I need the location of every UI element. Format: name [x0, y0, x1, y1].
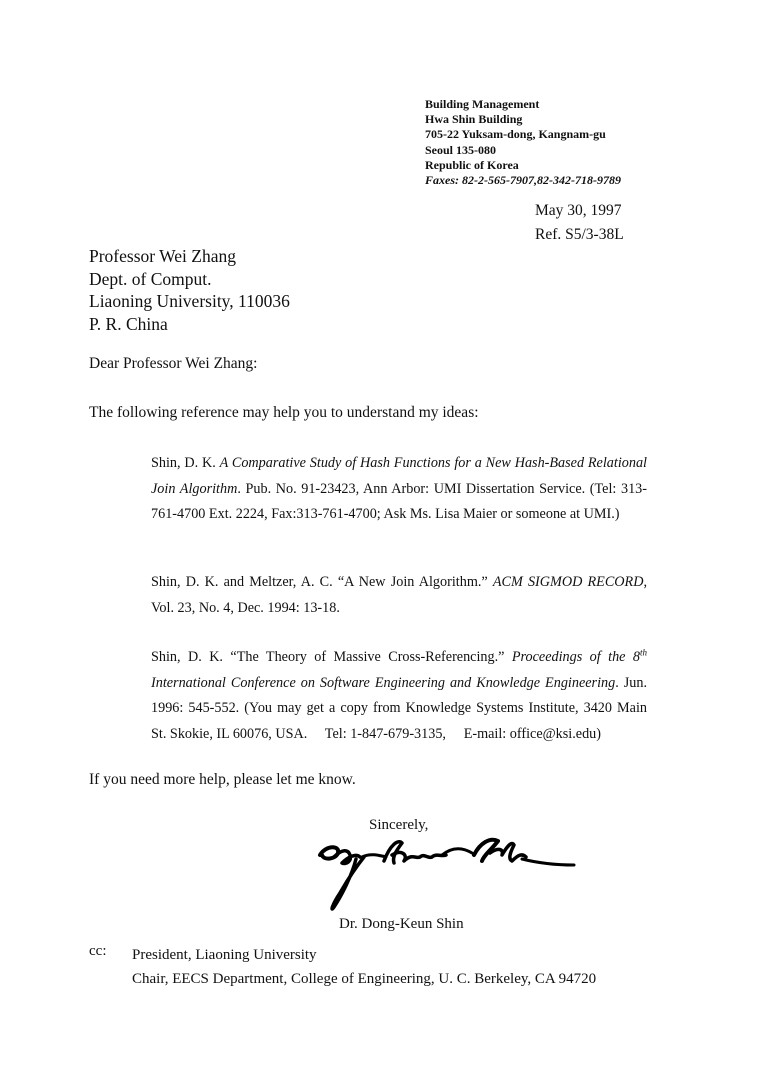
letterhead-building: Hwa Shin Building [425, 112, 621, 127]
ordinal-suffix: th [640, 647, 647, 657]
letterhead-country: Republic of Korea [425, 158, 621, 173]
salutation: Dear Professor Wei Zhang: [89, 355, 258, 373]
reference-entry-1: Shin, D. K. A Comparative Study of Hash … [151, 451, 647, 528]
reference-venue: ACM SIGMOD RECORD [493, 574, 644, 590]
signature-icon [312, 835, 582, 915]
reference-authors: Shin, D. K. [151, 455, 220, 471]
intro-paragraph: The following reference may help you to … [89, 404, 479, 422]
cc-list: President, Liaoning University Chair, EE… [132, 943, 596, 991]
reference-venue-part: Proceedings of the 8 [512, 649, 640, 665]
reference-venue-part: International Conference on Software Eng… [151, 675, 615, 691]
valediction: Sincerely, [369, 817, 428, 834]
recipient-country: P. R. China [89, 313, 290, 336]
recipient-university: Liaoning University, 110036 [89, 290, 290, 313]
reference-entry-3: Shin, D. K. “The Theory of Massive Cross… [151, 645, 647, 747]
letter-date: May 30, 1997 [535, 199, 624, 223]
letter-reference: Ref. S5/3-38L [535, 223, 624, 247]
reference-authors: Shin, D. K. “The Theory of Massive Cross… [151, 649, 512, 665]
signer-name: Dr. Dong-Keun Shin [339, 916, 464, 933]
letterhead-city: Seoul 135-080 [425, 143, 621, 158]
letterhead: Building Management Hwa Shin Building 70… [425, 97, 621, 188]
recipient-name: Professor Wei Zhang [89, 245, 290, 268]
letterhead-org: Building Management [425, 97, 621, 112]
cc-label: cc: [89, 943, 106, 960]
letterhead-street: 705-22 Yuksam-dong, Kangnam-gu [425, 127, 621, 142]
letterhead-faxes: Faxes: 82-2-565-7907,82-342-718-9789 [425, 173, 621, 188]
reference-entry-2: Shin, D. K. and Meltzer, A. C. “A New Jo… [151, 570, 647, 621]
cc-recipient: President, Liaoning University [132, 943, 596, 967]
recipient-address: Professor Wei Zhang Dept. of Comput. Lia… [89, 245, 290, 335]
reference-authors: Shin, D. K. and Meltzer, A. C. “A New Jo… [151, 574, 493, 590]
date-block: May 30, 1997 Ref. S5/3-38L [535, 199, 624, 247]
cc-recipient: Chair, EECS Department, College of Engin… [132, 967, 596, 991]
closing-line: If you need more help, please let me kno… [89, 771, 356, 789]
recipient-dept: Dept. of Comput. [89, 268, 290, 291]
